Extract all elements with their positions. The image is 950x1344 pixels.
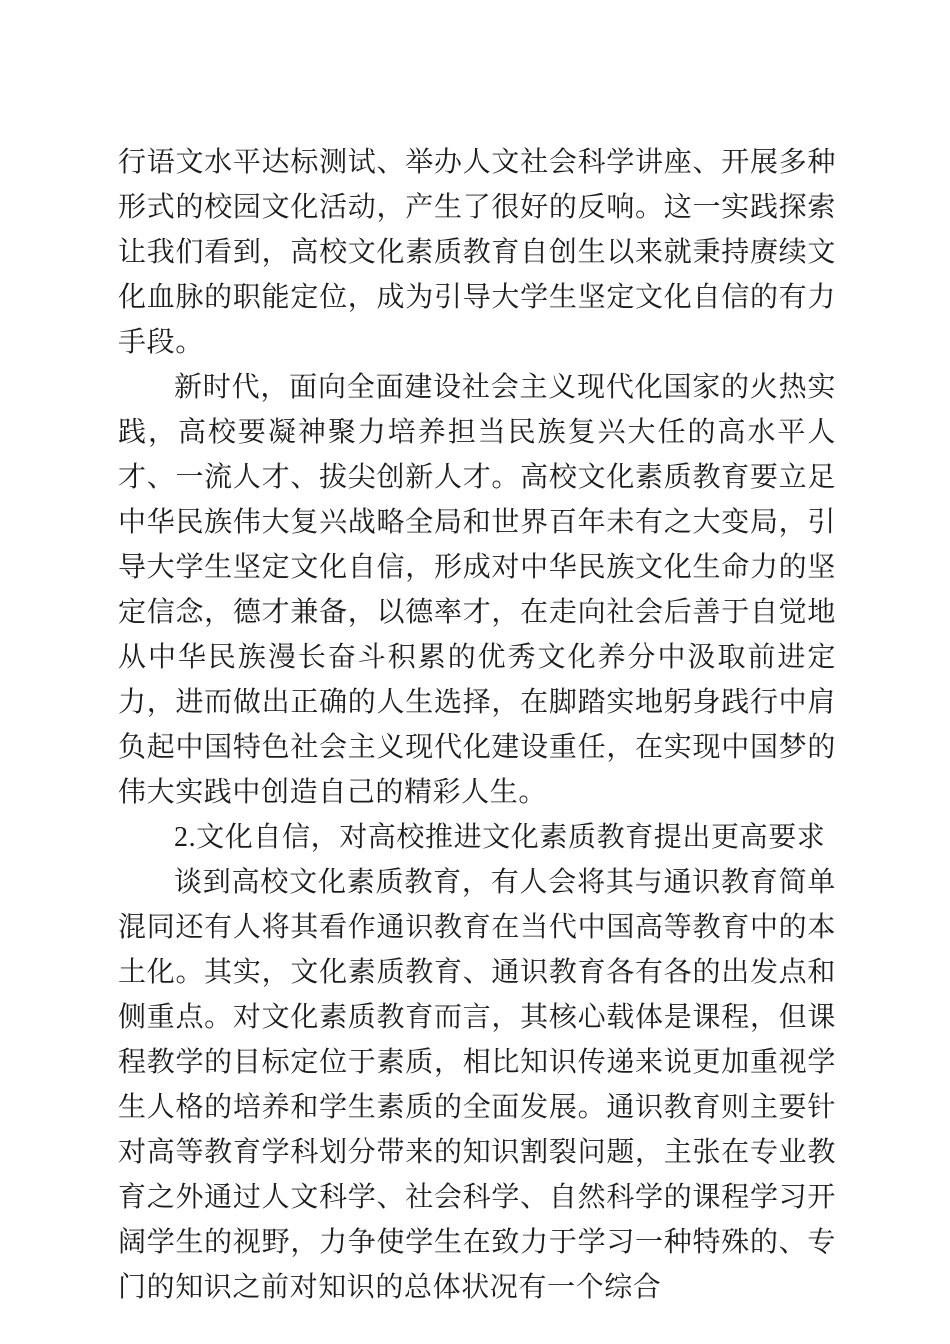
document-content: 行语文水平达标测试、举办人文社会科学讲座、开展多种形式的校园文化活动，产生了很好… bbox=[118, 140, 836, 1310]
document-page: 行语文水平达标测试、举办人文社会科学讲座、开展多种形式的校园文化活动，产生了很好… bbox=[0, 0, 950, 1344]
section-heading-2: 2.文化自信，对高校推进文化素质教育提出更高要求 bbox=[118, 815, 836, 860]
paragraph-general-education: 谈到高校文化素质教育，有人会将其与通识教育简单混同还有人将其看作通识教育在当代中… bbox=[118, 860, 836, 1310]
paragraph-new-era: 新时代，面向全面建设社会主义现代化国家的火热实践，高校要凝神聚力培养担当民族复兴… bbox=[118, 365, 836, 815]
paragraph-continuation: 行语文水平达标测试、举办人文社会科学讲座、开展多种形式的校园文化活动，产生了很好… bbox=[118, 140, 836, 365]
